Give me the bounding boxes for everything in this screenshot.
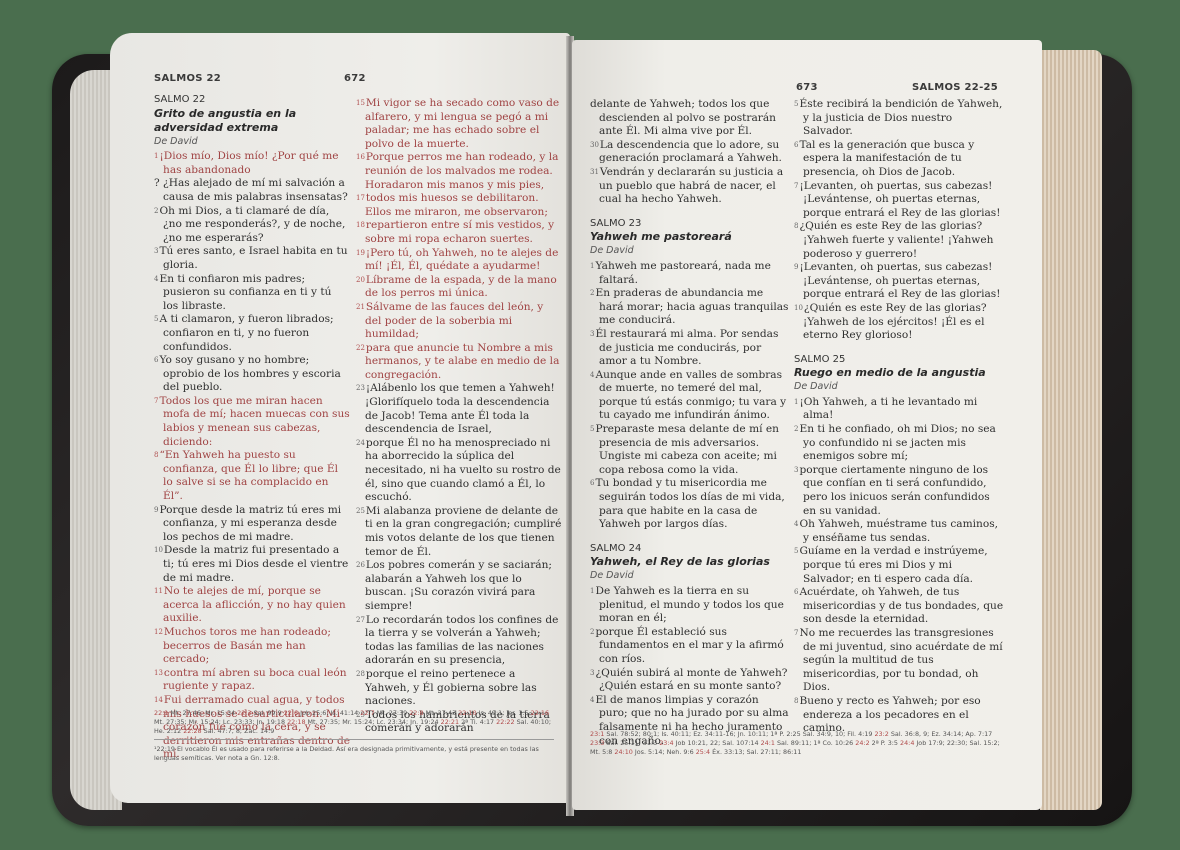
psalm-title: Grito de angustia en la adversidad extre… <box>154 107 350 135</box>
verse-text: En ti he confiado, oh mi Dios; no sea yo… <box>799 423 995 462</box>
cross-reference-text: Job 10:21, 22; Sal. 107:14 <box>676 739 761 747</box>
verse: 9Porque desde la matriz tú eres mi confi… <box>154 504 350 545</box>
verse: 9¡Levanten, oh puertas, sus cabezas! ¡Le… <box>794 261 1004 302</box>
page-number-right: 673 <box>796 82 818 93</box>
cross-reference-text: Sal. 78:52; 80:1; Is. 40:11; Ez. 34:11-1… <box>606 730 802 738</box>
verse: 1De Yahweh es la tierra en su plenitud, … <box>590 585 790 626</box>
verse: 12Muchos toros me han rodeado; becerros … <box>154 626 350 667</box>
psalm-author: De David <box>590 569 790 583</box>
verse-text: porque ciertamente ninguno de los que co… <box>799 464 989 517</box>
verse-text: No me recuerdes las transgresiones de mi… <box>799 627 1002 693</box>
verse: 6Yo soy gusano y no hombre; oprobio de l… <box>154 354 350 395</box>
verse-text: Lo recordarán todos los confines de la t… <box>365 614 558 667</box>
verse-number: 27 <box>356 616 365 624</box>
left-column-2: 15Mi vigor se ha secado como vaso de alf… <box>356 97 562 736</box>
cross-reference-text: 2ª P. 3:5 <box>872 739 900 747</box>
verse-number: 19 <box>356 249 365 257</box>
cross-reference-text: Mt. 27:35; Mr. 15:24; Lc. 23:33; Jn. 19:… <box>154 718 287 726</box>
cross-reference-key: 24:10 <box>614 748 634 756</box>
verse-number: 22 <box>356 344 365 352</box>
cross-reference-text: Sal. 34:9, 10; Fil. 4:19 <box>803 730 875 738</box>
cross-reference-text: Sal. 36:8, 9; Ez. 34:14; Ap. 7:17 <box>891 730 992 738</box>
verse-text: Tu bondad y tu misericordia me seguirán … <box>595 477 784 530</box>
cross-reference-key: 22:18 <box>287 718 307 726</box>
verse-number: 18 <box>356 221 365 229</box>
psalm-title: Yahweh, el Rey de las glorias <box>590 555 790 569</box>
cross-reference-key: 23:3 <box>590 739 606 747</box>
verse: 3¿Quién subirá al monte de Yahweh? ¿Quié… <box>590 667 790 694</box>
verse-number: 2 <box>590 628 594 636</box>
verse-text: A ti clamaron, y fueron librados; confia… <box>159 313 333 352</box>
verse-text: repartieron entre sí mis vestidos, y sob… <box>365 219 554 245</box>
cross-reference-key: 22:21 <box>441 718 461 726</box>
verse: 4Oh Yahweh, muéstrame tus caminos, y ens… <box>794 518 1004 545</box>
verse-list: 1De Yahweh es la tierra en su plenitud, … <box>590 585 790 748</box>
cross-reference-key: 22:22 <box>496 718 516 726</box>
verse-text: Acuérdate, oh Yahweh, de tus misericordi… <box>799 586 1003 625</box>
verse-number: 10 <box>154 546 163 554</box>
cross-reference-key: 24:1 <box>761 739 777 747</box>
verse-text: ¡Oh Yahweh, a ti he levantado mi alma! <box>799 396 977 422</box>
verse-number: 6 <box>590 479 594 487</box>
verse: 10¿Quién es este Rey de las glorias? ¡Ya… <box>794 302 1004 343</box>
verse-text: todos mis huesos se debilitaron. Ellos m… <box>365 192 548 218</box>
verse-number: 12 <box>154 628 163 636</box>
verse-number: 4 <box>590 696 594 704</box>
verse-text: Mi alabanza proviene de delante de ti en… <box>365 505 561 558</box>
cross-reference-text: Job 25:6; Is. 41:14 <box>300 709 360 717</box>
verse-number: 1 <box>590 587 594 595</box>
verse-text: Porque desde la matriz tú eres mi confia… <box>159 504 341 543</box>
verse-text: Oh Yahweh, muéstrame tus caminos, y ensé… <box>799 518 998 544</box>
psalm-author: De David <box>794 380 1004 394</box>
psalm-heading: SALMO 22 <box>154 93 350 107</box>
verse-number: 1 <box>154 152 158 160</box>
cross-reference-key: 24:4 <box>900 739 916 747</box>
verse-text: Vendrán y declararán su justicia a un pu… <box>599 166 783 205</box>
verse-number: 24 <box>356 439 365 447</box>
psalm-author: De David <box>154 135 350 149</box>
verse-number: 1 <box>794 398 798 406</box>
cross-reference-key: 22:28 <box>183 727 203 735</box>
verse: 8¿Quién es este Rey de las glorias? ¡Yah… <box>794 220 1004 261</box>
verse: 5Preparaste mesa delante de mí en presen… <box>590 423 790 477</box>
cross-reference-key: 23:2 <box>874 730 890 738</box>
cross-reference-key: 22:7 <box>360 709 376 717</box>
cross-reference-text: Jos. 5:14; Neh. 9:6 <box>635 748 696 756</box>
cross-reference-text: Mt. 27:46; Mr. 15:34 <box>170 709 237 717</box>
cross-reference-key: 22:3 <box>237 709 253 717</box>
psalm-title: Yahweh me pastoreará <box>590 230 790 244</box>
verse-number: 8 <box>794 222 798 230</box>
cross-reference-key: 22:10 <box>458 709 478 717</box>
verse-text: Yahweh me pastoreará, nada me faltará. <box>595 260 770 286</box>
verse-number: 23 <box>356 384 365 392</box>
verse-list: 5Éste recibirá la bendición de Yahweh, y… <box>794 98 1004 343</box>
right-column-2: 5Éste recibirá la bendición de Yahweh, y… <box>794 98 1004 736</box>
verse: 1Yahweh me pastoreará, nada me faltará. <box>590 260 790 287</box>
verse: 6Tu bondad y tu misericordia me seguirán… <box>590 477 790 531</box>
verse: 17todos mis huesos se debilitaron. Ellos… <box>356 192 562 219</box>
cross-reference-text: Mt. 27:43 <box>426 709 459 717</box>
verse-text: Muchos toros me han rodeado; becerros de… <box>163 626 331 665</box>
cross-reference-key: 25:4 <box>696 748 712 756</box>
verse-text: ¡Levanten, oh puertas, sus cabezas! ¡Lev… <box>799 261 1000 300</box>
verse-text: porque Él no ha menospreciado ni ha abor… <box>365 437 561 503</box>
verse-text: Bueno y recto es Yahweh; por eso enderez… <box>799 695 980 734</box>
right-page: 673 SALMOS 22-25 delante de Yahweh; todo… <box>572 40 1042 810</box>
verse-number: 11 <box>154 587 163 595</box>
verse-list: 1¡Oh Yahweh, a ti he levantado mi alma!2… <box>794 396 1004 736</box>
verse: 4En ti confiaron mis padres; pusieron su… <box>154 273 350 314</box>
verse: 13contra mí abren su boca cual león rugi… <box>154 667 350 694</box>
psalm-heading: SALMO 24 <box>590 542 790 556</box>
verse-number: 3 <box>794 466 798 474</box>
verse-list: 15Mi vigor se ha secado como vaso de alf… <box>356 97 562 736</box>
verse-number: 6 <box>794 588 798 596</box>
verse-text: contra mí abren su boca cual león rugien… <box>163 667 347 693</box>
verse-text: Porque perros me han rodeado, y la reuni… <box>365 151 558 190</box>
verse-number: 13 <box>154 669 163 677</box>
verse-number: 5 <box>794 547 798 555</box>
verse-text: Preparaste mesa delante de mí en presenc… <box>595 423 779 476</box>
verse-text: ¿Quién es este Rey de las glorias? ¡Yahw… <box>799 220 993 259</box>
verse-number: 31 <box>590 168 599 176</box>
verse: 11No te alejes de mí, porque se acerca l… <box>154 585 350 626</box>
verse-list: delante de Yahweh; todos los que descien… <box>590 98 790 207</box>
verse-number: 7 <box>154 397 158 405</box>
verse-text: porque el reino pertenece a Yahweh, y Él… <box>365 668 537 707</box>
verse: 15Mi vigor se ha secado como vaso de alf… <box>356 97 562 151</box>
verse: 21Sálvame de las fauces del león, y del … <box>356 301 562 342</box>
cross-reference-text: Is. 49:1; Jer. 1:5 <box>479 709 531 717</box>
verse: delante de Yahweh; todos los que descien… <box>590 98 790 139</box>
verse-number: 4 <box>794 520 798 528</box>
verse-number: 5 <box>154 315 158 323</box>
verse: 1¡Dios mío, Dios mío! ¿Por qué me has ab… <box>154 150 350 177</box>
verse-text: Desde la matriz fui presentado a ti; tú … <box>163 544 348 583</box>
verse-text: “En Yahweh ha puesto su confianza, que É… <box>159 449 338 502</box>
verse-number: 9 <box>154 506 158 514</box>
verse-number: 28 <box>356 670 365 678</box>
verse: 3Él restaurará mi alma. Por sendas de ju… <box>590 328 790 369</box>
running-head-left: SALMOS 22 <box>154 73 221 84</box>
verse-text: Oh mi Dios, a ti clamaré de día, ¿no me … <box>159 205 345 244</box>
verse-text: ¡Dios mío, Dios mío! ¿Por qué me has aba… <box>159 150 338 176</box>
cross-reference-text: Éx. 33:13; Sal. 27:11; 86:11 <box>712 748 801 756</box>
verse: 4Aunque ande en valles de sombras de mue… <box>590 369 790 423</box>
verse-text: En praderas de abundancia me hará morar;… <box>595 287 788 326</box>
verse: 27Lo recordarán todos los confines de la… <box>356 614 562 668</box>
verse-number: 5 <box>590 425 594 433</box>
verse: 2Oh mi Dios, a ti clamaré de día, ¿no me… <box>154 205 350 246</box>
verse: 22para que anuncie tu Nombre a mis herma… <box>356 342 562 383</box>
verse-number: 16 <box>356 153 365 161</box>
verse-text: delante de Yahweh; todos los que descien… <box>590 98 776 137</box>
footnote: ¹22:19 El vocablo Él es usado para refer… <box>154 745 554 763</box>
verse-text: ? ¿Has alejado de mí mi salvación a caus… <box>154 177 348 203</box>
verse-number: 20 <box>356 276 365 284</box>
cross-reference-key: 22:16 <box>531 709 549 717</box>
verse-text: Él restaurará mi alma. Por sendas de jus… <box>595 328 778 367</box>
verse-number: 2 <box>794 425 798 433</box>
verse-text: ¿Quién subirá al monte de Yahweh? ¿Quién… <box>595 667 787 693</box>
verse: 1¡Oh Yahweh, a ti he levantado mi alma! <box>794 396 1004 423</box>
verse: 8“En Yahweh ha puesto su confianza, que … <box>154 449 350 503</box>
left-column-1: SALMO 22 Grito de angustia en la adversi… <box>154 91 350 762</box>
verse-number: 14 <box>154 696 163 704</box>
verse: 30La descendencia que lo adore, su gener… <box>590 139 790 166</box>
verse: 16Porque perros me han rodeado, y la reu… <box>356 151 562 192</box>
verse: 7No me recuerdes las transgresiones de m… <box>794 627 1004 695</box>
page-number-left: 672 <box>344 73 366 84</box>
cross-reference-key: 22:1 <box>154 709 170 717</box>
verse-number: 15 <box>356 99 365 107</box>
psalm-heading: SALMO 25 <box>794 353 1004 367</box>
verse-number: 17 <box>356 194 365 202</box>
verse-text: Guíame en la verdad e instrúyeme, porque… <box>799 545 987 584</box>
verse-number: 4 <box>154 275 158 283</box>
verse: 20Líbrame de la espada, y de la mano de … <box>356 274 562 301</box>
verse: 28porque el reino pertenece a Yahweh, y … <box>356 668 562 709</box>
verse-number: 2 <box>154 207 158 215</box>
verse-text: ¿Quién es este Rey de las glorias? ¡Yahw… <box>803 302 987 341</box>
cross-reference-text: Sal. 89:11; 1ª Co. 10:26 <box>777 739 855 747</box>
cross-reference-key: 23:4 <box>659 739 675 747</box>
verse: 23¡Alábenlo los que temen a Yahweh! ¡Glo… <box>356 382 562 436</box>
verse: 31Vendrán y declararán su justicia a un … <box>590 166 790 207</box>
cross-reference-key: 24:2 <box>855 739 871 747</box>
verse: 24porque Él no ha menospreciado ni ha ab… <box>356 437 562 505</box>
verse: 3porque ciertamente ninguno de los que c… <box>794 464 1004 518</box>
verse-number: 8 <box>794 697 798 705</box>
verse-text: No te alejes de mí, porque se acerca la … <box>163 585 346 624</box>
verse-number: 7 <box>794 629 798 637</box>
verse-number: 3 <box>154 247 158 255</box>
verse: 5Guíame en la verdad e instrúyeme, porqu… <box>794 545 1004 586</box>
verse-text: Éste recibirá la bendición de Yahweh, y … <box>799 98 1002 137</box>
verse: 7¡Levanten, oh puertas, sus cabezas! ¡Le… <box>794 180 1004 221</box>
verse-text: Tú eres santo, e Israel habita en tu glo… <box>159 245 347 271</box>
psalm-heading: SALMO 23 <box>590 217 790 231</box>
verse-text: En ti confiaron mis padres; pusieron su … <box>159 273 331 312</box>
verse: 6Acuérdate, oh Yahweh, de tus misericord… <box>794 586 1004 627</box>
cross-reference-text: 2ª Ti. 4:17 <box>461 718 496 726</box>
cross-reference-text: Mt. 27:39 <box>377 709 410 717</box>
verse-number: 21 <box>356 303 365 311</box>
verse-number: 3 <box>590 669 594 677</box>
cross-reference-text: Sal. 99:9 <box>254 709 284 717</box>
verse: 5Éste recibirá la bendición de Yahweh, y… <box>794 98 1004 139</box>
verse-text: Aunque ande en valles de sombras de muer… <box>595 369 786 422</box>
verse: 10Desde la matriz fui presentado a ti; t… <box>154 544 350 585</box>
verse-text: porque Él estableció sus fundamentos en … <box>595 626 783 665</box>
verse: 3Tú eres santo, e Israel habita en tu gl… <box>154 245 350 272</box>
verse-number: 26 <box>356 561 365 569</box>
verse-text: Sálvame de las fauces del león, y del po… <box>365 301 543 340</box>
cross-reference-key: 22:8 <box>409 709 425 717</box>
verse: ? ¿Has alejado de mí mi salvación a caus… <box>154 177 350 204</box>
verse-list: 1Yahweh me pastoreará, nada me faltará.2… <box>590 260 790 532</box>
verse: 19¡Pero tú, oh Yahweh, no te alejes de m… <box>356 247 562 274</box>
verse: 26Los pobres comerán y se saciarán; alab… <box>356 559 562 613</box>
right-column-1: delante de Yahweh; todos los que descien… <box>590 98 790 748</box>
verse-text: La descendencia que lo adore, su generac… <box>599 139 782 165</box>
verse-text: Los pobres comerán y se saciarán; alabar… <box>365 559 552 612</box>
verse-number: 5 <box>794 100 798 108</box>
verse-list: 1¡Dios mío, Dios mío! ¿Por qué me has ab… <box>154 150 350 762</box>
cross-reference-text: Sal. 25:11; 31:3 <box>606 739 659 747</box>
verse-number: 10 <box>794 304 803 312</box>
verse-number: 7 <box>794 182 798 190</box>
verse: 6Tal es la generación que busca y espera… <box>794 139 1004 180</box>
verse: 2En praderas de abundancia me hará morar… <box>590 287 790 328</box>
verse: 5A ti clamaron, y fueron librados; confi… <box>154 313 350 354</box>
verse-number: 30 <box>590 141 599 149</box>
verse-text: para que anuncie tu Nombre a mis hermano… <box>365 342 559 381</box>
verse: 2porque Él estableció sus fundamentos en… <box>590 626 790 667</box>
verse-text: De Yahweh es la tierra en su plenitud, e… <box>595 585 783 624</box>
verse: 25Mi alabanza proviene de delante de ti … <box>356 505 562 559</box>
psalm-author: De David <box>590 244 790 258</box>
verse-number: 1 <box>590 262 594 270</box>
verse-number: 25 <box>356 507 365 515</box>
verse: 7Todos los que me miran hacen mofa de mí… <box>154 395 350 449</box>
verse-text: ¡Levanten, oh puertas, sus cabezas! ¡Lev… <box>799 180 1000 219</box>
verse-text: ¡Pero tú, oh Yahweh, no te alejes de mí!… <box>365 247 558 273</box>
verse-text: Líbrame de la espada, y de la mano de lo… <box>365 274 557 300</box>
verse-number: 9 <box>794 263 798 271</box>
verse-number: 8 <box>154 451 158 459</box>
verse-text: Mi vigor se ha secado como vaso de alfar… <box>365 97 559 150</box>
verse: 18repartieron entre sí mis vestidos, y s… <box>356 219 562 246</box>
verse-number: 6 <box>794 141 798 149</box>
cross-references: 22:1 Mt. 27:46; Mr. 15:34 22:3 Sal. 99:9… <box>154 709 554 736</box>
verse-number: 2 <box>590 289 594 297</box>
verse-number: 3 <box>590 330 594 338</box>
verse-text: ¡Alábenlo los que temen a Yahweh! ¡Glori… <box>365 382 555 435</box>
cross-references: 23:1 Sal. 78:52; 80:1; Is. 40:11; Ez. 34… <box>590 730 1004 757</box>
psalm-title: Ruego en medio de la angustia <box>794 366 1004 380</box>
verse-number: 6 <box>154 356 158 364</box>
cross-reference-key: 23:1 <box>590 730 606 738</box>
verse-number: 4 <box>590 371 594 379</box>
footnote-divider <box>154 739 554 740</box>
cross-reference-text: Mt. 27:35; Mr. 15:24; Lc. 23:34; Jn. 19:… <box>308 718 441 726</box>
verse: 2En ti he confiado, oh mi Dios; no sea y… <box>794 423 1004 464</box>
running-head-right: SALMOS 22-25 <box>912 82 998 93</box>
verse-text: Yo soy gusano y no hombre; oprobio de lo… <box>159 354 340 393</box>
cross-reference-text: Sal. 47:7, 8; Zac. 14:9 <box>204 727 275 735</box>
left-page: SALMOS 22 672 SALMO 22 Grito de angustia… <box>110 33 570 803</box>
cross-reference-key: 22:6 <box>284 709 300 717</box>
verse-text: Tal es la generación que busca y espera … <box>799 139 974 178</box>
page-edges-right <box>1040 50 1102 810</box>
verse-text: Todos los que me miran hacen mofa de mí;… <box>159 395 349 448</box>
